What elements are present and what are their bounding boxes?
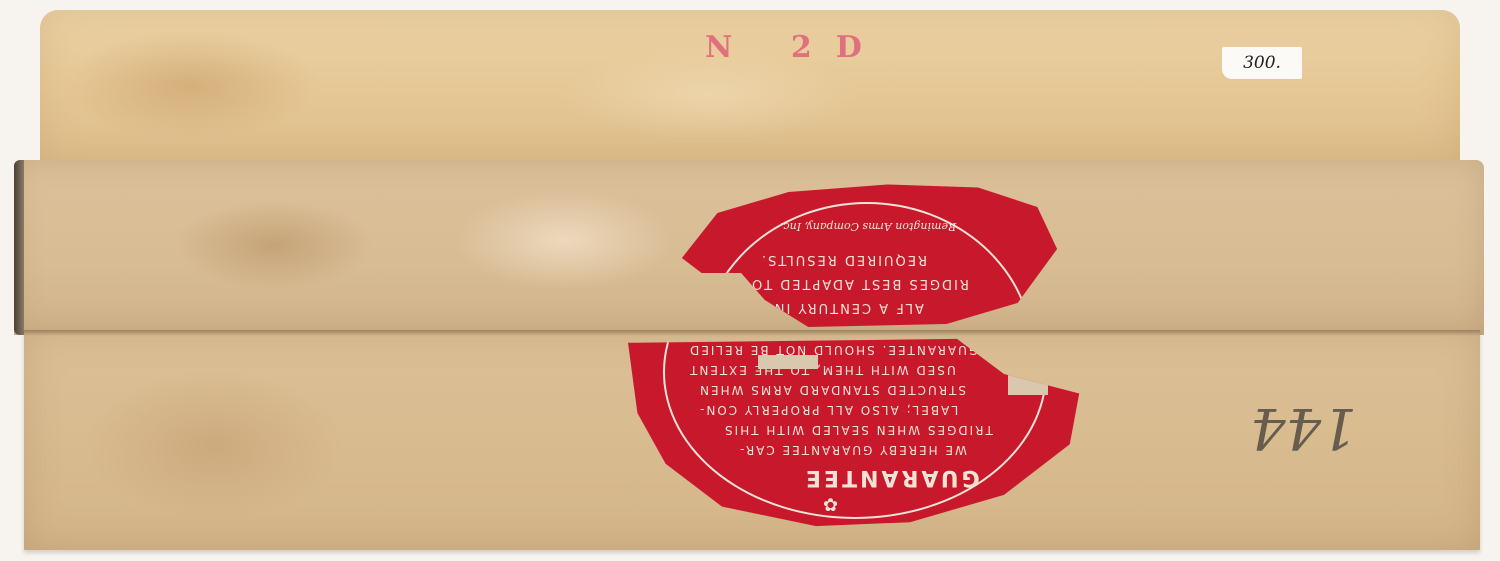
water-stain — [174, 200, 374, 290]
seal-text-line: LABEL; ALSO ALL PROPERLY CON- — [698, 403, 958, 417]
seal-text-line: WE HEREBY GUARANTEE CAR- — [738, 443, 967, 457]
seal-maker-script: Remington Arms Company, Inc. — [780, 220, 956, 233]
seal-text-line: REQUIRED RESULTS. — [760, 252, 927, 267]
stamped-product-code: N 2D — [705, 30, 886, 65]
seal-text-line: RIDGES BEST ADAPTED TO — [750, 276, 969, 291]
lid-overlap-shadow — [24, 330, 1480, 336]
lid-edge-shadow — [14, 160, 24, 335]
seal-text-line: USED WITH THEM, TO THE EXTENT — [688, 363, 956, 377]
water-stain — [84, 370, 344, 520]
seal-tear-patch — [758, 355, 818, 369]
water-stain — [60, 30, 320, 140]
handwritten-number: 144 — [1250, 395, 1357, 460]
torn-paper-patch — [454, 190, 674, 290]
seal-text-line: STRUCTED STANDARD ARMS WHEN — [698, 383, 966, 397]
seal-text-line: TRIDGES WHEN SEALED WITH THIS — [723, 423, 993, 437]
ammunition-box-photo: N 2D 300. 144 Remington Arms Company, In… — [0, 0, 1500, 561]
seal-heading: GUARANTEE — [803, 465, 980, 490]
price-tag-text: 300. — [1243, 53, 1281, 73]
price-tag-sticker: 300. — [1222, 47, 1302, 79]
seal-rosette-icon: ✿ — [823, 495, 838, 516]
